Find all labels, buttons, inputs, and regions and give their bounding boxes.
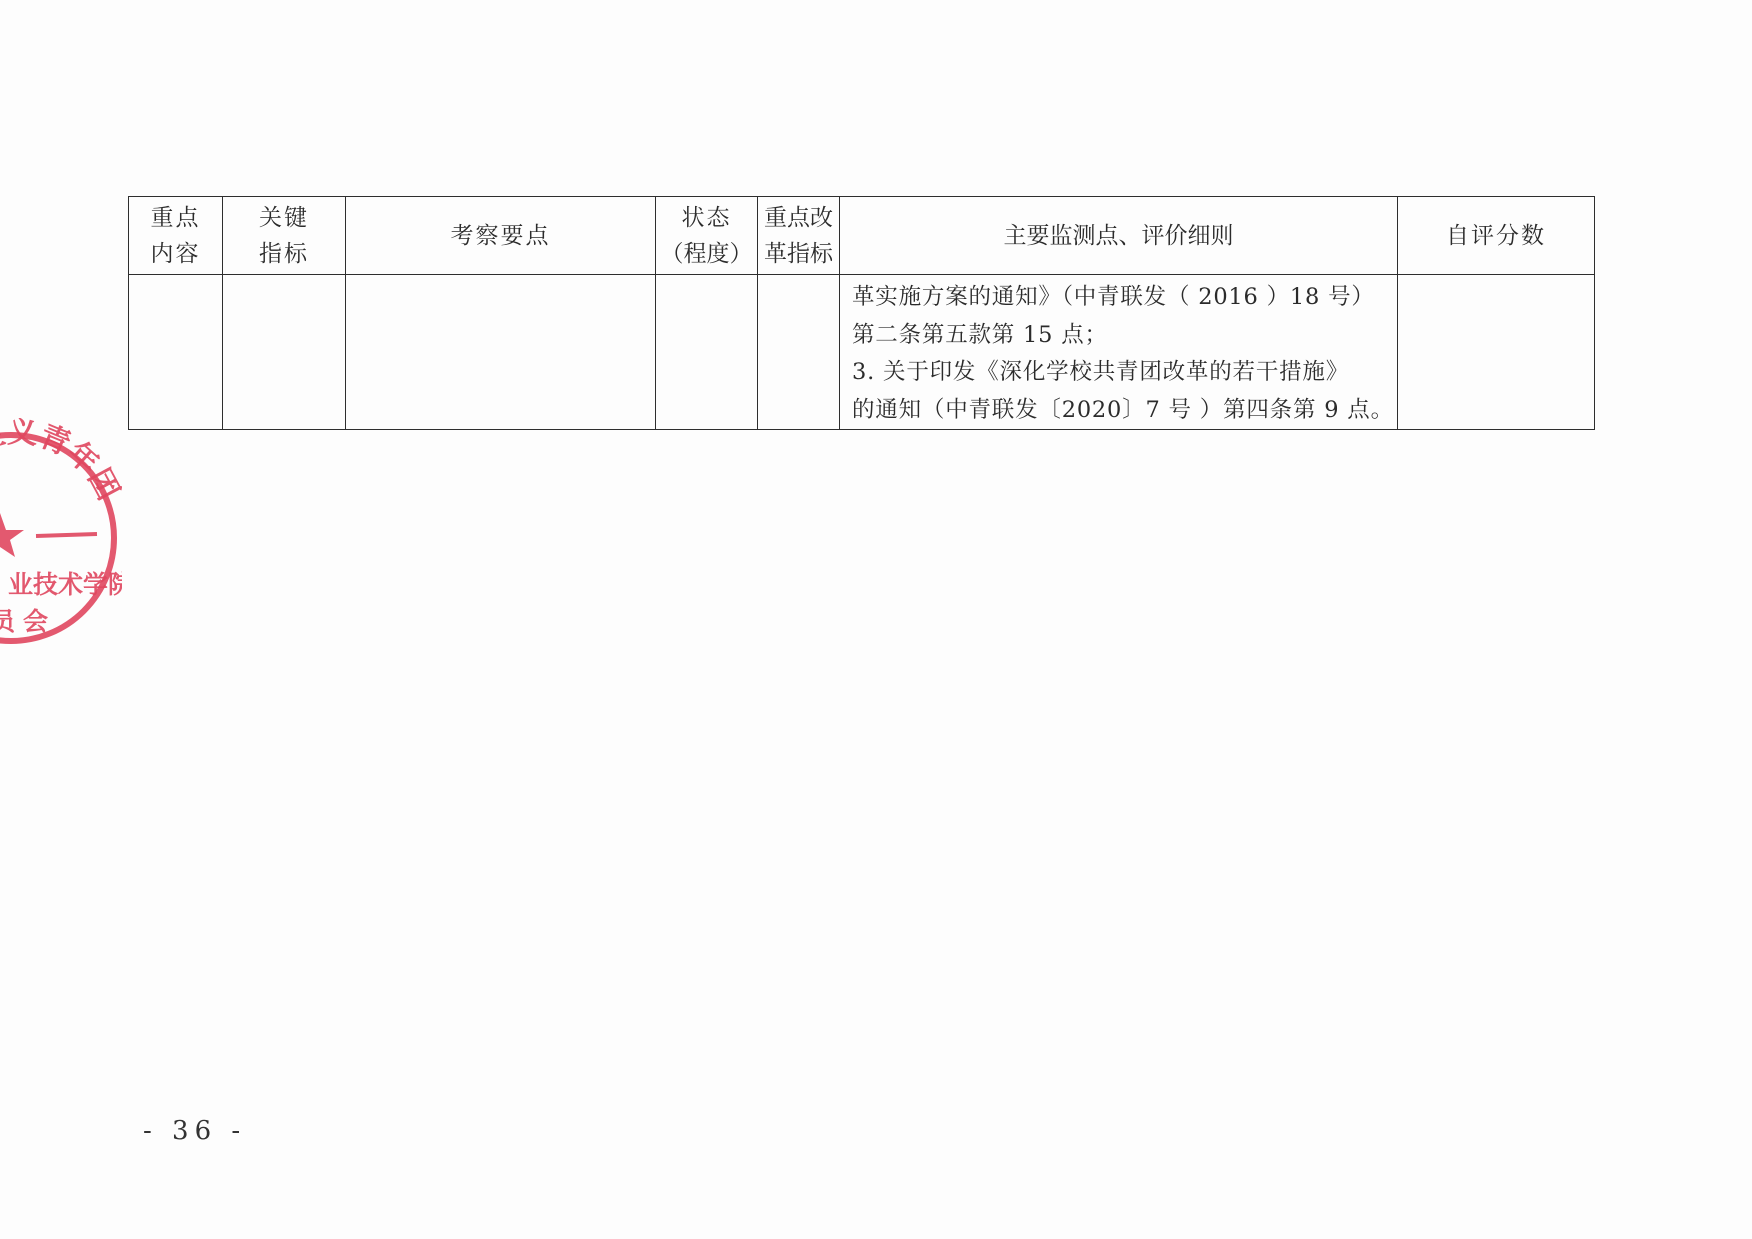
detail-line: 第二条第五款第 15 点； [852,317,1389,355]
cell-status [656,275,758,430]
cell-reform-indicator [758,275,840,430]
official-seal-stamp: 主义青年团 业技术学院 员会 [0,418,122,658]
evaluation-table: 重点 内容 关键 指标 考察要点 状态 （程度） 重点改 革指标 主要监测点、评… [128,196,1595,430]
cell-key-indicator [223,275,346,430]
header-self-score: 自评分数 [1398,197,1595,275]
document-page: 重点 内容 关键 指标 考察要点 状态 （程度） 重点改 革指标 主要监测点、评… [0,0,1752,1239]
header-key-content: 重点 内容 [129,197,223,275]
table-header-row: 重点 内容 关键 指标 考察要点 状态 （程度） 重点改 革指标 主要监测点、评… [129,197,1595,275]
header-status: 状态 （程度） [656,197,758,275]
header-key-indicator: 关键 指标 [223,197,346,275]
header-inspection-points: 考察要点 [346,197,656,275]
header-reform-indicator: 重点改 革指标 [758,197,840,275]
seal-top-text: 主义青年团 [0,418,122,506]
detail-line: 3. 关于印发《深化学校共青团改革的若干措施》 [852,354,1389,392]
cell-monitoring-details: 革实施方案的通知》（中青联发（ 2016 ）18 号） 第二条第五款第 15 点… [840,275,1398,430]
seal-middle-text: 业技术学院 [8,570,122,599]
seal-bottom-text: 员会 [0,607,56,636]
table-row: 革实施方案的通知》（中青联发（ 2016 ）18 号） 第二条第五款第 15 点… [129,275,1595,430]
cell-self-score [1398,275,1595,430]
page-number: - 36 - [143,1116,246,1146]
cell-key-content [129,275,223,430]
header-monitoring-details: 主要监测点、评价细则 [840,197,1398,275]
cell-inspection-points [346,275,656,430]
detail-line: 革实施方案的通知》（中青联发（ 2016 ）18 号） [852,279,1389,317]
star-icon [0,513,24,557]
detail-line: 的通知（中青联发〔2020〕7 号 ）第四条第 9 点。 [852,392,1389,430]
